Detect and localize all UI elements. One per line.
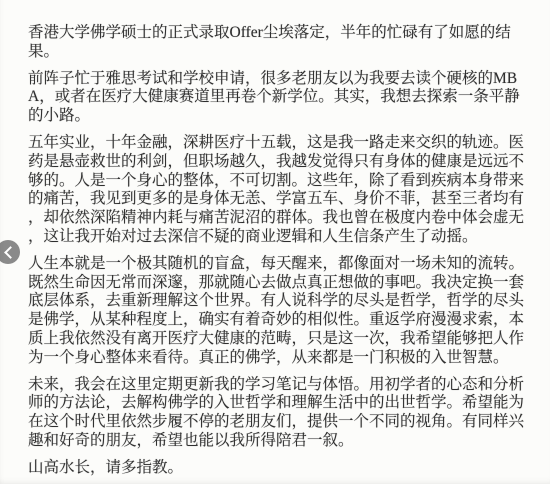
post-paragraph: 未来，我会在这里定期更新我的学习笔记与体悟。用初学者的心态和分析师的方法论，去解… <box>28 376 525 451</box>
post-paragraph: 前阵子忙于雅思考试和学校申请，很多老朋友以为我要去读个硬核的MBA，或者在医疗大… <box>28 70 525 126</box>
post-text: 香港大学佛学硕士的正式录取Offer尘埃落定，半年的忙碌有了如愿的结果。 前阵子… <box>28 24 525 478</box>
post-image-page: 香港大学佛学硕士的正式录取Offer尘埃落定，半年的忙碌有了如愿的结果。 前阵子… <box>0 0 550 484</box>
post-paragraph: 人生本就是一个极其随机的盲盒，每天醒来，都像面对一场未知的流转。既然生命因无常而… <box>28 255 525 368</box>
post-paragraph: 山高水长，请多指教。 <box>28 459 525 478</box>
carousel-previous-button[interactable] <box>0 240 20 264</box>
chevron-left-icon <box>4 246 17 259</box>
post-paragraph: 五年实业，十年金融，深耕医疗十五载，这是我一路走来交织的轨迹。医药是悬壶救世的利… <box>28 134 525 247</box>
post-paragraph: 香港大学佛学硕士的正式录取Offer尘埃落定，半年的忙碌有了如愿的结果。 <box>28 24 525 62</box>
